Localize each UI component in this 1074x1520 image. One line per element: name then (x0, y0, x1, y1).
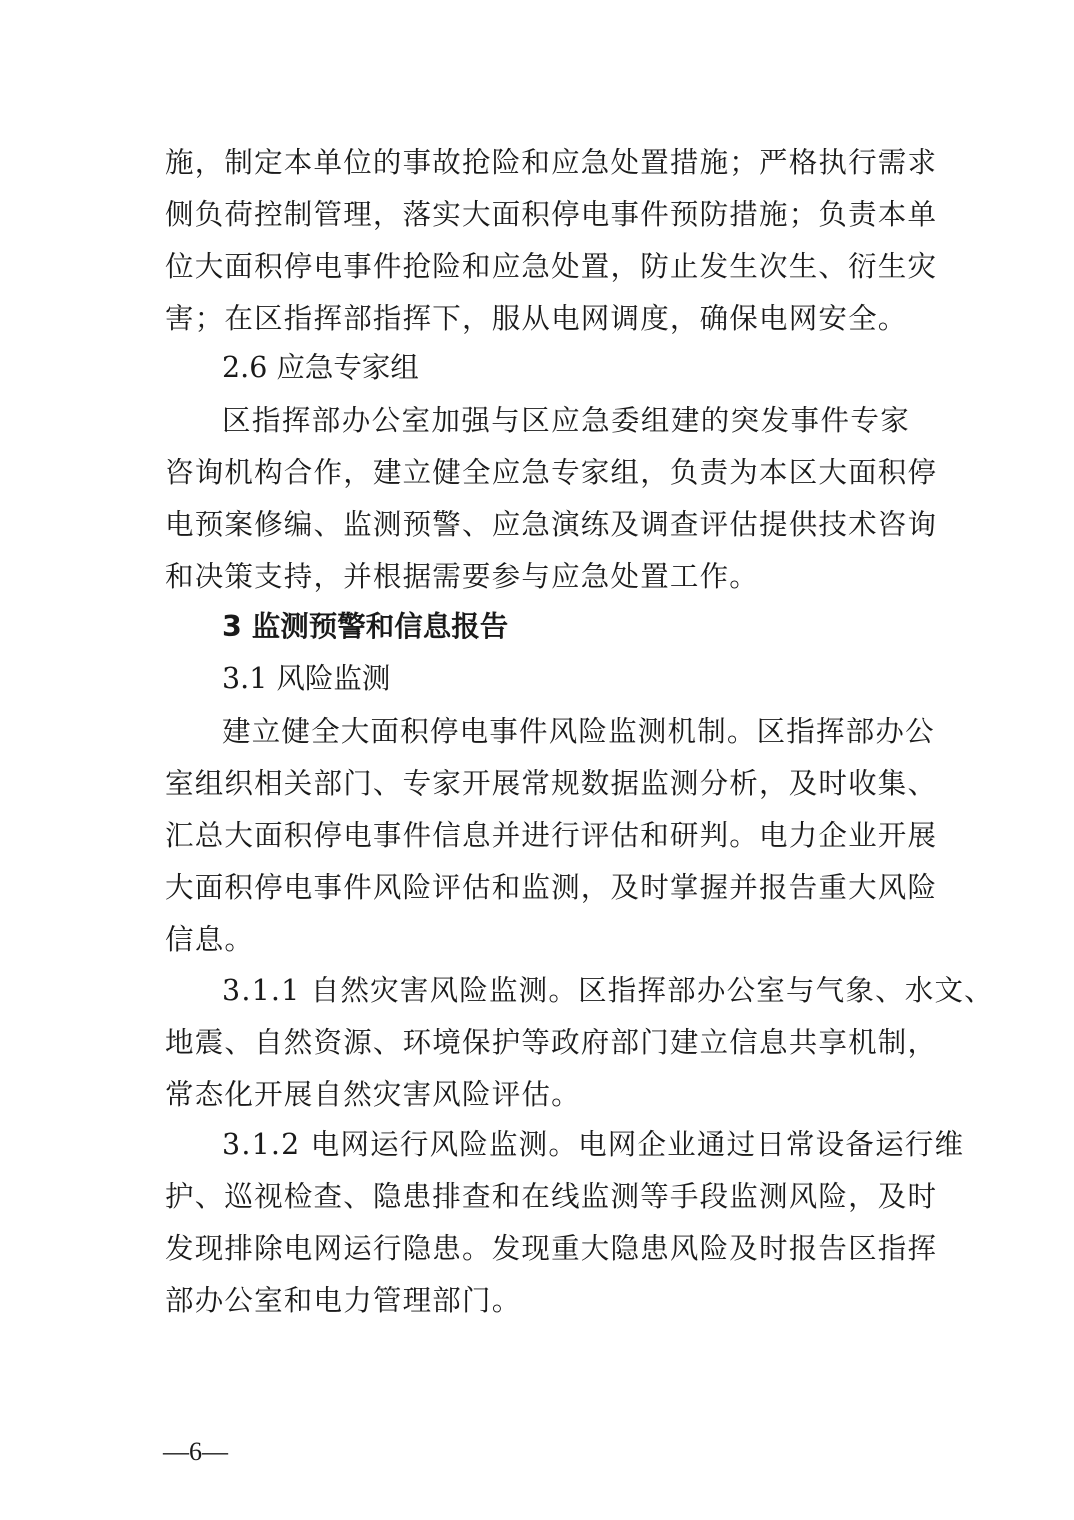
page-number: —6— (163, 1437, 228, 1467)
body-text-line: 咨询机构合作，建立健全应急专家组，负责为本区大面积停 (165, 456, 910, 490)
body-text-line: 和决策支持，并根据需要参与应急处置工作。 (165, 560, 910, 594)
body-text-line: 侧负荷控制管理，落实大面积停电事件预防措施；负责本单 (165, 198, 910, 232)
body-text-line: 电预案修编、监测预警、应急演练及调查评估提供技术咨询 (165, 508, 910, 542)
body-text-line: 位大面积停电事件抢险和应急处置，防止发生次生、衍生灾 (165, 250, 910, 284)
body-text-line: 害；在区指挥部指挥下，服从电网调度，确保电网安全。 (165, 302, 910, 336)
body-text-line: 常态化开展自然灾害风险评估。 (165, 1078, 910, 1112)
body-text-line: 地震、自然资源、环境保护等政府部门建立信息共享机制， (165, 1026, 910, 1060)
body-text-line: 室组织相关部门、专家开展常规数据监测分析，及时收集、 (165, 767, 910, 801)
body-text-line: 信息。 (165, 923, 910, 957)
body-text-line: 汇总大面积停电事件信息并进行评估和研判。电力企业开展 (165, 819, 910, 853)
section-heading-3: 3 监测预警和信息报告 (222, 610, 910, 644)
body-text-line: 大面积停电事件风险评估和监测，及时掌握并报告重大风险 (165, 871, 910, 905)
body-text-line: 施，制定本单位的事故抢险和应急处置措施；严格执行需求 (165, 146, 910, 180)
body-text-line: 部办公室和电力管理部门。 (165, 1284, 910, 1318)
body-text-line: 发现排除电网运行隐患。发现重大隐患风险及时报告区指挥 (165, 1232, 910, 1266)
body-text-line: 护、巡视检查、隐患排查和在线监测等手段监测风险，及时 (165, 1180, 910, 1214)
section-heading-2-6: 2.6 应急专家组 (222, 351, 910, 385)
document-page: 施，制定本单位的事故抢险和应急处置措施；严格执行需求 侧负荷控制管理，落实大面积… (0, 0, 1074, 1520)
body-text-line: 3.1.1 自然灾害风险监测。区指挥部办公室与气象、水文、 (222, 974, 910, 1008)
body-text-line: 区指挥部办公室加强与区应急委组建的突发事件专家 (222, 404, 910, 438)
body-text-line: 建立健全大面积停电事件风险监测机制。区指挥部办公 (222, 715, 910, 749)
body-text-line: 3.1.2 电网运行风险监测。电网企业通过日常设备运行维 (222, 1128, 910, 1162)
section-heading-3-1: 3.1 风险监测 (222, 662, 910, 696)
